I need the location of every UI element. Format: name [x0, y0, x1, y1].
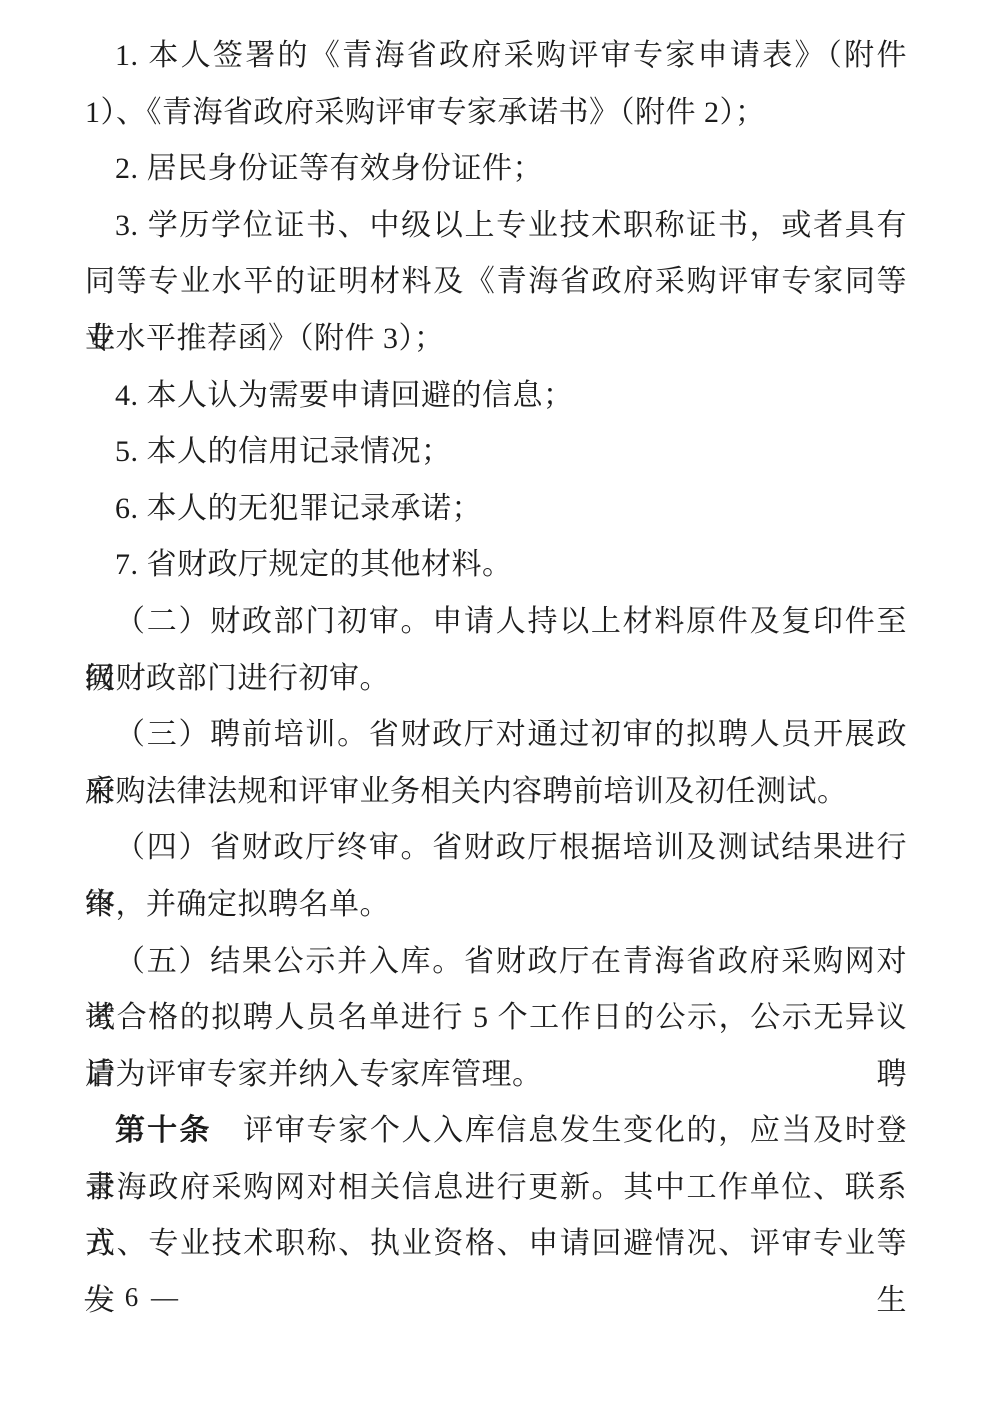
text-line-clause-2-preliminary-review-1: 级财政部门进行初审。: [85, 651, 907, 708]
article-number-bold: 第十条: [115, 1114, 212, 1147]
text-line-item-3-0: 3. 学历学位证书、中级以上专业技术职称证书，或者具有: [85, 198, 907, 255]
text-line-article-10-2: 式、专业技术职称、执业资格、申请回避情况、评审专业等发生: [85, 1216, 907, 1273]
text-line-clause-2-preliminary-review-0: （二）财政部门初审。申请人持以上材料原件及复印件至同: [85, 594, 907, 651]
text-line-article-10-0: 第十条 评审专家个人入库信息发生变化的，应当及时登录: [85, 1103, 907, 1160]
text-line-item-3-2: 业水平推荐函》（附件 3）；: [85, 311, 907, 368]
text-line-item-4-0: 4. 本人认为需要申请回避的信息；: [85, 368, 907, 425]
text-line-clause-4-final-review-1: 审，并确定拟聘名单。: [85, 877, 907, 934]
text-line-clause-3-pre-employment-training-0: （三）聘前培训。省财政厅对通过初审的拟聘人员开展政府: [85, 707, 907, 764]
text-line-item-2-0: 2. 居民身份证等有效身份证件；: [85, 141, 907, 198]
text-line-article-10-1: 青海政府采购网对相关信息进行更新。其中工作单位、联系方: [85, 1160, 907, 1217]
text-line-item-7-0: 7. 省财政厅规定的其他材料。: [85, 537, 907, 594]
text-line-clause-3-pre-employment-training-1: 采购法律法规和评审业务相关内容聘前培训及初任测试。: [85, 764, 907, 821]
text-line-item-1-0: 1. 本人签署的《青海省政府采购评审专家申请表》（附件: [85, 28, 907, 85]
page-number: — 6 —: [85, 1272, 181, 1322]
text-line-clause-5-publicity-and-enrollment-0: （五）结果公示并入库。省财政厅在青海省政府采购网对考: [85, 934, 907, 991]
text-line-item-6-0: 6. 本人的无犯罪记录承诺；: [85, 481, 907, 538]
text-line-item-5-0: 5. 本人的信用记录情况；: [85, 424, 907, 481]
text-line-clause-4-final-review-0: （四）省财政厅终审。省财政厅根据培训及测试结果进行终: [85, 820, 907, 877]
text-line-item-3-1: 同等专业水平的证明材料及《青海省政府采购评审专家同等专: [85, 254, 907, 311]
text-line-item-1-1: 1）、《青海省政府采购评审专家承诺书》（附件 2）；: [85, 85, 907, 142]
text-line-clause-5-publicity-and-enrollment-1: 试合格的拟聘人员名单进行 5 个工作日的公示，公示无异议后聘: [85, 990, 907, 1047]
document-body: 1. 本人签署的《青海省政府采购评审专家申请表》（附件1）、《青海省政府采购评审…: [85, 28, 907, 1273]
document-page: 1. 本人签署的《青海省政府采购评审专家申请表》（附件1）、《青海省政府采购评审…: [0, 0, 992, 1421]
